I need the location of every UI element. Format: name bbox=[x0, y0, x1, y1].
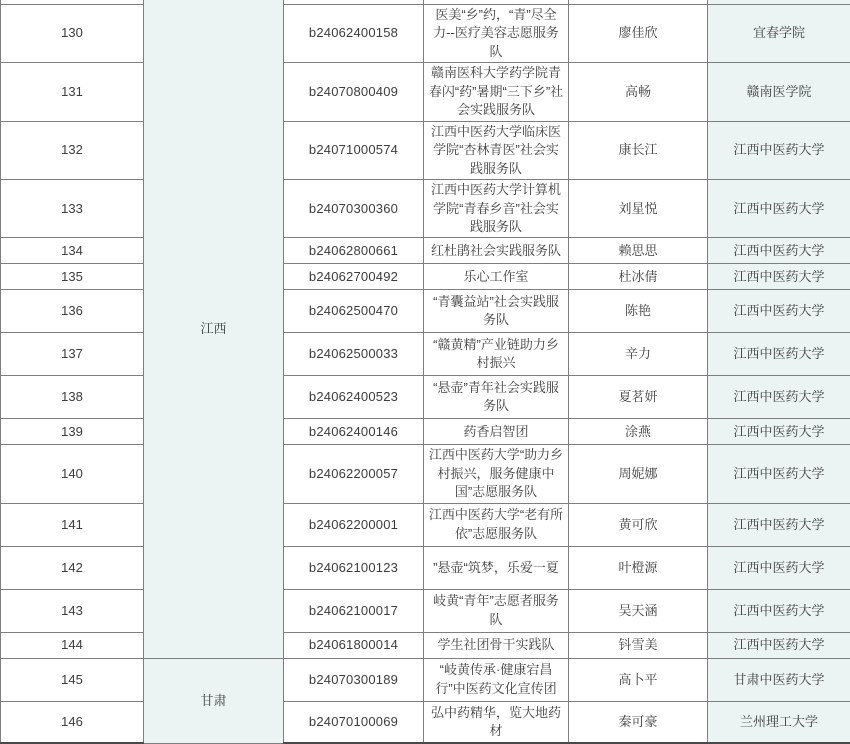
table-row: 141b24062200001江西中医药大学“老有所依”志愿服务队黄可欣江西中医… bbox=[1, 503, 850, 546]
cell-school-name: 江西中医药大学 bbox=[708, 238, 850, 264]
cell-leader-name: 吴天涵 bbox=[569, 589, 708, 632]
cell-team-name: “青囊益站”社会实践服务队 bbox=[424, 290, 569, 333]
cell-leader-name: 黄可欣 bbox=[569, 503, 708, 546]
cell-team-name: 江西中医药大学“老有所依”志愿服务队 bbox=[424, 503, 569, 546]
table-row: 143b24062100017岐黄“青年”志愿者服务队吴天涵江西中医药大学 bbox=[1, 589, 850, 632]
cell-team-name: “悬壶”青年社会实践服务队 bbox=[424, 376, 569, 419]
cell-row-number: 144 bbox=[1, 632, 144, 658]
table-row: 142b24062100123”悬壶“筑梦，乐爱一夏叶橙源江西中医药大学 bbox=[1, 546, 850, 589]
cell-leader-name: 涂燕 bbox=[569, 419, 708, 445]
cell-team-code: b24061800014 bbox=[284, 632, 424, 658]
cell-team-code: b24070300360 bbox=[284, 180, 424, 238]
cell-leader-name: 高畅 bbox=[569, 63, 708, 121]
table-row: 137b24062500033“赣黄精”产业链助力乡村振兴辛力江西中医药大学 bbox=[1, 333, 850, 376]
cell-row-number: 136 bbox=[1, 290, 144, 333]
cell-team-code: b24062200057 bbox=[284, 445, 424, 503]
cell-school-name: 兰州理工大学 bbox=[708, 701, 850, 743]
cell-leader-name: 辛力 bbox=[569, 333, 708, 376]
cell-team-code: b24070100069 bbox=[284, 701, 424, 743]
cell-school-name: 江西中医药大学 bbox=[708, 180, 850, 238]
cell-team-name: 江西中医药大学“助力乡村振兴，服务健康中国”志愿服务队 bbox=[424, 445, 569, 503]
cell-province: 江西 bbox=[144, 0, 284, 658]
cell-row-number: 146 bbox=[1, 701, 144, 743]
cell-leader-name: 钭雪美 bbox=[569, 632, 708, 658]
cell-row-number: 142 bbox=[1, 546, 144, 589]
cell-team-name: 红杜鹃社会实践服务队 bbox=[424, 238, 569, 264]
cell-school-name: 江西中医药大学 bbox=[708, 290, 850, 333]
table-row: 144b24061800014学生社团骨干实践队钭雪美江西中医药大学 bbox=[1, 632, 850, 658]
cell-row-number: 138 bbox=[1, 376, 144, 419]
table-row: 133b24070300360江西中医药大学计算机学院“青春乡音”社会实践服务队… bbox=[1, 180, 850, 238]
cell-school-name: 宜春学院 bbox=[708, 5, 850, 63]
cell-team-name: 岐黄“青年”志愿者服务队 bbox=[424, 589, 569, 632]
cell-school-name: 江西中医药大学 bbox=[708, 333, 850, 376]
table-body: 江西130b24062400158医美“乡”约，“青”尽全力--医疗美容志愿服务… bbox=[1, 0, 850, 743]
cell-leader-name: 秦可豪 bbox=[569, 701, 708, 743]
table-row: 146b24070100069弘中药精华，览大地药材秦可豪兰州理工大学 bbox=[1, 701, 850, 743]
cell-school-name: 甘肃中医药大学 bbox=[708, 658, 850, 701]
cell-team-code: b24062200001 bbox=[284, 503, 424, 546]
table-row: 131b24070800409赣南医科大学药学院青春闪“药”暑期“三下乡”社会实… bbox=[1, 63, 850, 121]
cell-row-number: 140 bbox=[1, 445, 144, 503]
table-row: 130b24062400158医美“乡”约，“青”尽全力--医疗美容志愿服务队廖… bbox=[1, 5, 850, 63]
cell-team-code: b24062500470 bbox=[284, 290, 424, 333]
cell-leader-name: 陈艳 bbox=[569, 290, 708, 333]
cell-team-code: b24062400523 bbox=[284, 376, 424, 419]
cell-leader-name: 杜冰倩 bbox=[569, 264, 708, 290]
cell-leader-name: 高卜平 bbox=[569, 658, 708, 701]
table-row: 140b24062200057江西中医药大学“助力乡村振兴，服务健康中国”志愿服… bbox=[1, 445, 850, 503]
cell-team-name: 药香启智团 bbox=[424, 419, 569, 445]
cell-row-number: 130 bbox=[1, 5, 144, 63]
cell-row-number: 135 bbox=[1, 264, 144, 290]
cell-team-name: 江西中医药大学临床医学院“杏林青医”社会实践服务队 bbox=[424, 121, 569, 179]
cell-row-number: 137 bbox=[1, 333, 144, 376]
cell-row-number: 145 bbox=[1, 658, 144, 701]
cell-team-name: “岐黄传承·健康宕昌行”中医药文化宣传团 bbox=[424, 658, 569, 701]
cell-team-code: b24062500033 bbox=[284, 333, 424, 376]
cell-team-name: 赣南医科大学药学院青春闪“药”暑期“三下乡”社会实践服务队 bbox=[424, 63, 569, 121]
cell-row-number: 141 bbox=[1, 503, 144, 546]
cell-team-name: 学生社团骨干实践队 bbox=[424, 632, 569, 658]
cell-team-code: b24062400158 bbox=[284, 5, 424, 63]
cell-leader-name: 赖思思 bbox=[569, 238, 708, 264]
cell-leader-name: 廖佳欣 bbox=[569, 5, 708, 63]
cell-team-code: b24062700492 bbox=[284, 264, 424, 290]
cell-team-name: 弘中药精华，览大地药材 bbox=[424, 701, 569, 743]
cell-school-name: 江西中医药大学 bbox=[708, 264, 850, 290]
cell-row-number: 133 bbox=[1, 180, 144, 238]
cell-row-number: 143 bbox=[1, 589, 144, 632]
cell-province: 甘肃 bbox=[144, 658, 284, 743]
table-row: 136b24062500470“青囊益站”社会实践服务队陈艳江西中医药大学 bbox=[1, 290, 850, 333]
table-row: 135b24062700492乐心工作室杜冰倩江西中医药大学 bbox=[1, 264, 850, 290]
cell-row-number: 132 bbox=[1, 121, 144, 179]
cell-team-code: b24062100017 bbox=[284, 589, 424, 632]
cell-school-name: 江西中医药大学 bbox=[708, 419, 850, 445]
cell-team-code: b24070800409 bbox=[284, 63, 424, 121]
cell-school-name: 江西中医药大学 bbox=[708, 445, 850, 503]
table-row: 139b24062400146药香启智团涂燕江西中医药大学 bbox=[1, 419, 850, 445]
table-row: 138b24062400523“悬壶”青年社会实践服务队夏茗妍江西中医药大学 bbox=[1, 376, 850, 419]
cell-team-name: “赣黄精”产业链助力乡村振兴 bbox=[424, 333, 569, 376]
cell-team-name: 江西中医药大学计算机学院“青春乡音”社会实践服务队 bbox=[424, 180, 569, 238]
cell-school-name: 江西中医药大学 bbox=[708, 632, 850, 658]
cell-school-name: 江西中医药大学 bbox=[708, 546, 850, 589]
cell-team-code: b24062100123 bbox=[284, 546, 424, 589]
cell-leader-name: 叶橙源 bbox=[569, 546, 708, 589]
cell-team-code: b24070300189 bbox=[284, 658, 424, 701]
cell-row-number: 139 bbox=[1, 419, 144, 445]
cell-school-name: 江西中医药大学 bbox=[708, 503, 850, 546]
cell-school-name: 江西中医药大学 bbox=[708, 376, 850, 419]
cell-school-name: 江西中医药大学 bbox=[708, 589, 850, 632]
cell-team-code: b24062400146 bbox=[284, 419, 424, 445]
cell-school-name: 江西中医药大学 bbox=[708, 121, 850, 179]
cell-team-name: 乐心工作室 bbox=[424, 264, 569, 290]
cell-team-code: b24071000574 bbox=[284, 121, 424, 179]
cell-team-name: ”悬壶“筑梦，乐爱一夏 bbox=[424, 546, 569, 589]
teams-table: 江西130b24062400158医美“乡”约，“青”尽全力--医疗美容志愿服务… bbox=[0, 0, 850, 744]
table-row: 132b24071000574江西中医药大学临床医学院“杏林青医”社会实践服务队… bbox=[1, 121, 850, 179]
table-row: 145甘肃b24070300189“岐黄传承·健康宕昌行”中医药文化宣传团高卜平… bbox=[1, 658, 850, 701]
cell-leader-name: 刘星悦 bbox=[569, 180, 708, 238]
cell-team-code: b24062800661 bbox=[284, 238, 424, 264]
cell-leader-name: 周妮娜 bbox=[569, 445, 708, 503]
table-row: 134b24062800661红杜鹃社会实践服务队赖思思江西中医药大学 bbox=[1, 238, 850, 264]
cell-leader-name: 康长江 bbox=[569, 121, 708, 179]
cell-team-name: 医美“乡”约，“青”尽全力--医疗美容志愿服务队 bbox=[424, 5, 569, 63]
cell-row-number: 131 bbox=[1, 63, 144, 121]
cell-leader-name: 夏茗妍 bbox=[569, 376, 708, 419]
cell-row-number: 134 bbox=[1, 238, 144, 264]
cell-school-name: 赣南医学院 bbox=[708, 63, 850, 121]
